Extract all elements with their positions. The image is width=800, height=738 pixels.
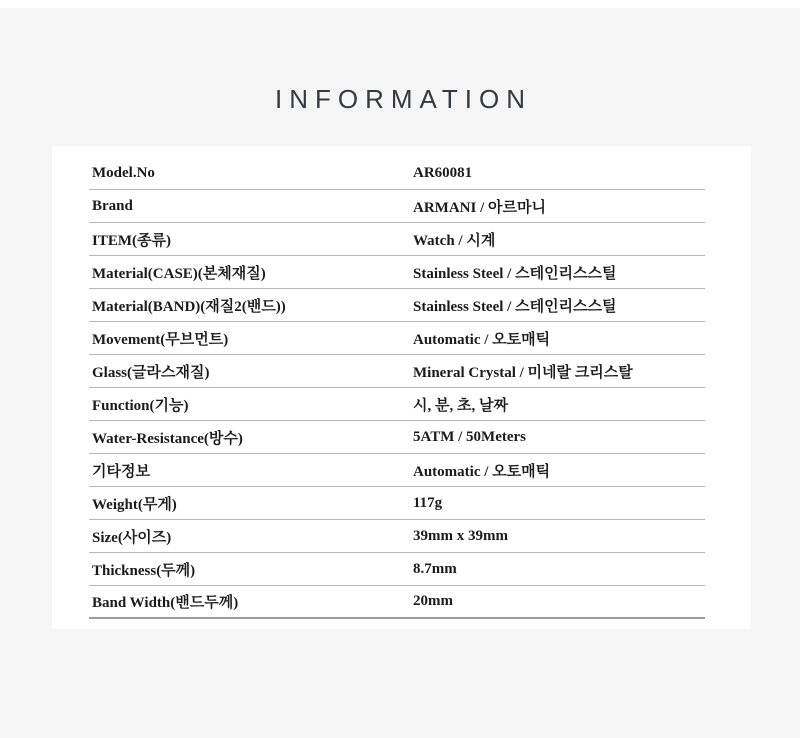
row-value: 117g xyxy=(413,495,442,512)
row-value: Stainless Steel / 스테인리스스틸 xyxy=(413,295,617,316)
row-label: Band Width(밴드두께) xyxy=(89,591,238,612)
row-value: Mineral Crystal / 미네랄 크리스탈 xyxy=(413,361,633,382)
row-label: Model.No xyxy=(89,165,155,182)
table-row: Brand ARMANI / 아르마니 xyxy=(89,190,705,223)
row-label: Size(사이즈) xyxy=(89,526,171,547)
info-card: Model.No AR60081 Brand ARMANI / 아르마니 ITE… xyxy=(52,146,751,629)
table-row: Material(CASE)(본체재질) Stainless Steel / 스… xyxy=(89,256,705,289)
table-row: Material(BAND)(재질2(밴드)) Stainless Steel … xyxy=(89,289,705,322)
row-value: Automatic / 오토매틱 xyxy=(413,328,550,349)
table-row: Model.No AR60081 xyxy=(89,157,705,190)
row-label: Movement(무브먼트) xyxy=(89,328,228,349)
row-label: Material(CASE)(본체재질) xyxy=(89,262,266,283)
row-value: 시, 분, 초, 날짜 xyxy=(413,394,508,415)
row-label: Thickness(두께) xyxy=(89,559,195,580)
table-row: Function(기능) 시, 분, 초, 날짜 xyxy=(89,388,705,421)
table-row: Band Width(밴드두께) 20mm xyxy=(89,586,705,619)
row-value: 20mm xyxy=(413,593,453,610)
table-row: Water-Resistance(방수) 5ATM / 50Meters xyxy=(89,421,705,454)
row-label: Material(BAND)(재질2(밴드)) xyxy=(89,295,286,316)
table-row: Size(사이즈) 39mm x 39mm xyxy=(89,520,705,553)
row-value: ARMANI / 아르마니 xyxy=(413,196,546,217)
row-value: Stainless Steel / 스테인리스스틸 xyxy=(413,262,617,283)
info-table: Model.No AR60081 Brand ARMANI / 아르마니 ITE… xyxy=(89,157,705,619)
row-label: 기타정보 xyxy=(89,460,150,481)
row-value: Automatic / 오토매틱 xyxy=(413,460,550,481)
row-value: AR60081 xyxy=(413,165,472,182)
table-row: Weight(무게) 117g xyxy=(89,487,705,520)
row-label: Glass(글라스재질) xyxy=(89,361,209,382)
row-label: Weight(무게) xyxy=(89,493,177,514)
page: INFORMATION Model.No AR60081 Brand ARMAN… xyxy=(0,0,800,738)
row-value: 8.7mm xyxy=(413,561,457,578)
table-row: ITEM(종류) Watch / 시계 xyxy=(89,223,705,256)
row-label: Brand xyxy=(89,198,133,215)
row-label: ITEM(종류) xyxy=(89,229,171,250)
row-label: Function(기능) xyxy=(89,394,188,415)
table-row: Thickness(두께) 8.7mm xyxy=(89,553,705,586)
page-title: INFORMATION xyxy=(0,84,800,115)
row-value: 5ATM / 50Meters xyxy=(413,429,526,446)
table-row: Movement(무브먼트) Automatic / 오토매틱 xyxy=(89,322,705,355)
row-label: Water-Resistance(방수) xyxy=(89,427,243,448)
row-value: 39mm x 39mm xyxy=(413,528,508,545)
row-value: Watch / 시계 xyxy=(413,229,495,250)
table-row: Glass(글라스재질) Mineral Crystal / 미네랄 크리스탈 xyxy=(89,355,705,388)
table-row: 기타정보 Automatic / 오토매틱 xyxy=(89,454,705,487)
